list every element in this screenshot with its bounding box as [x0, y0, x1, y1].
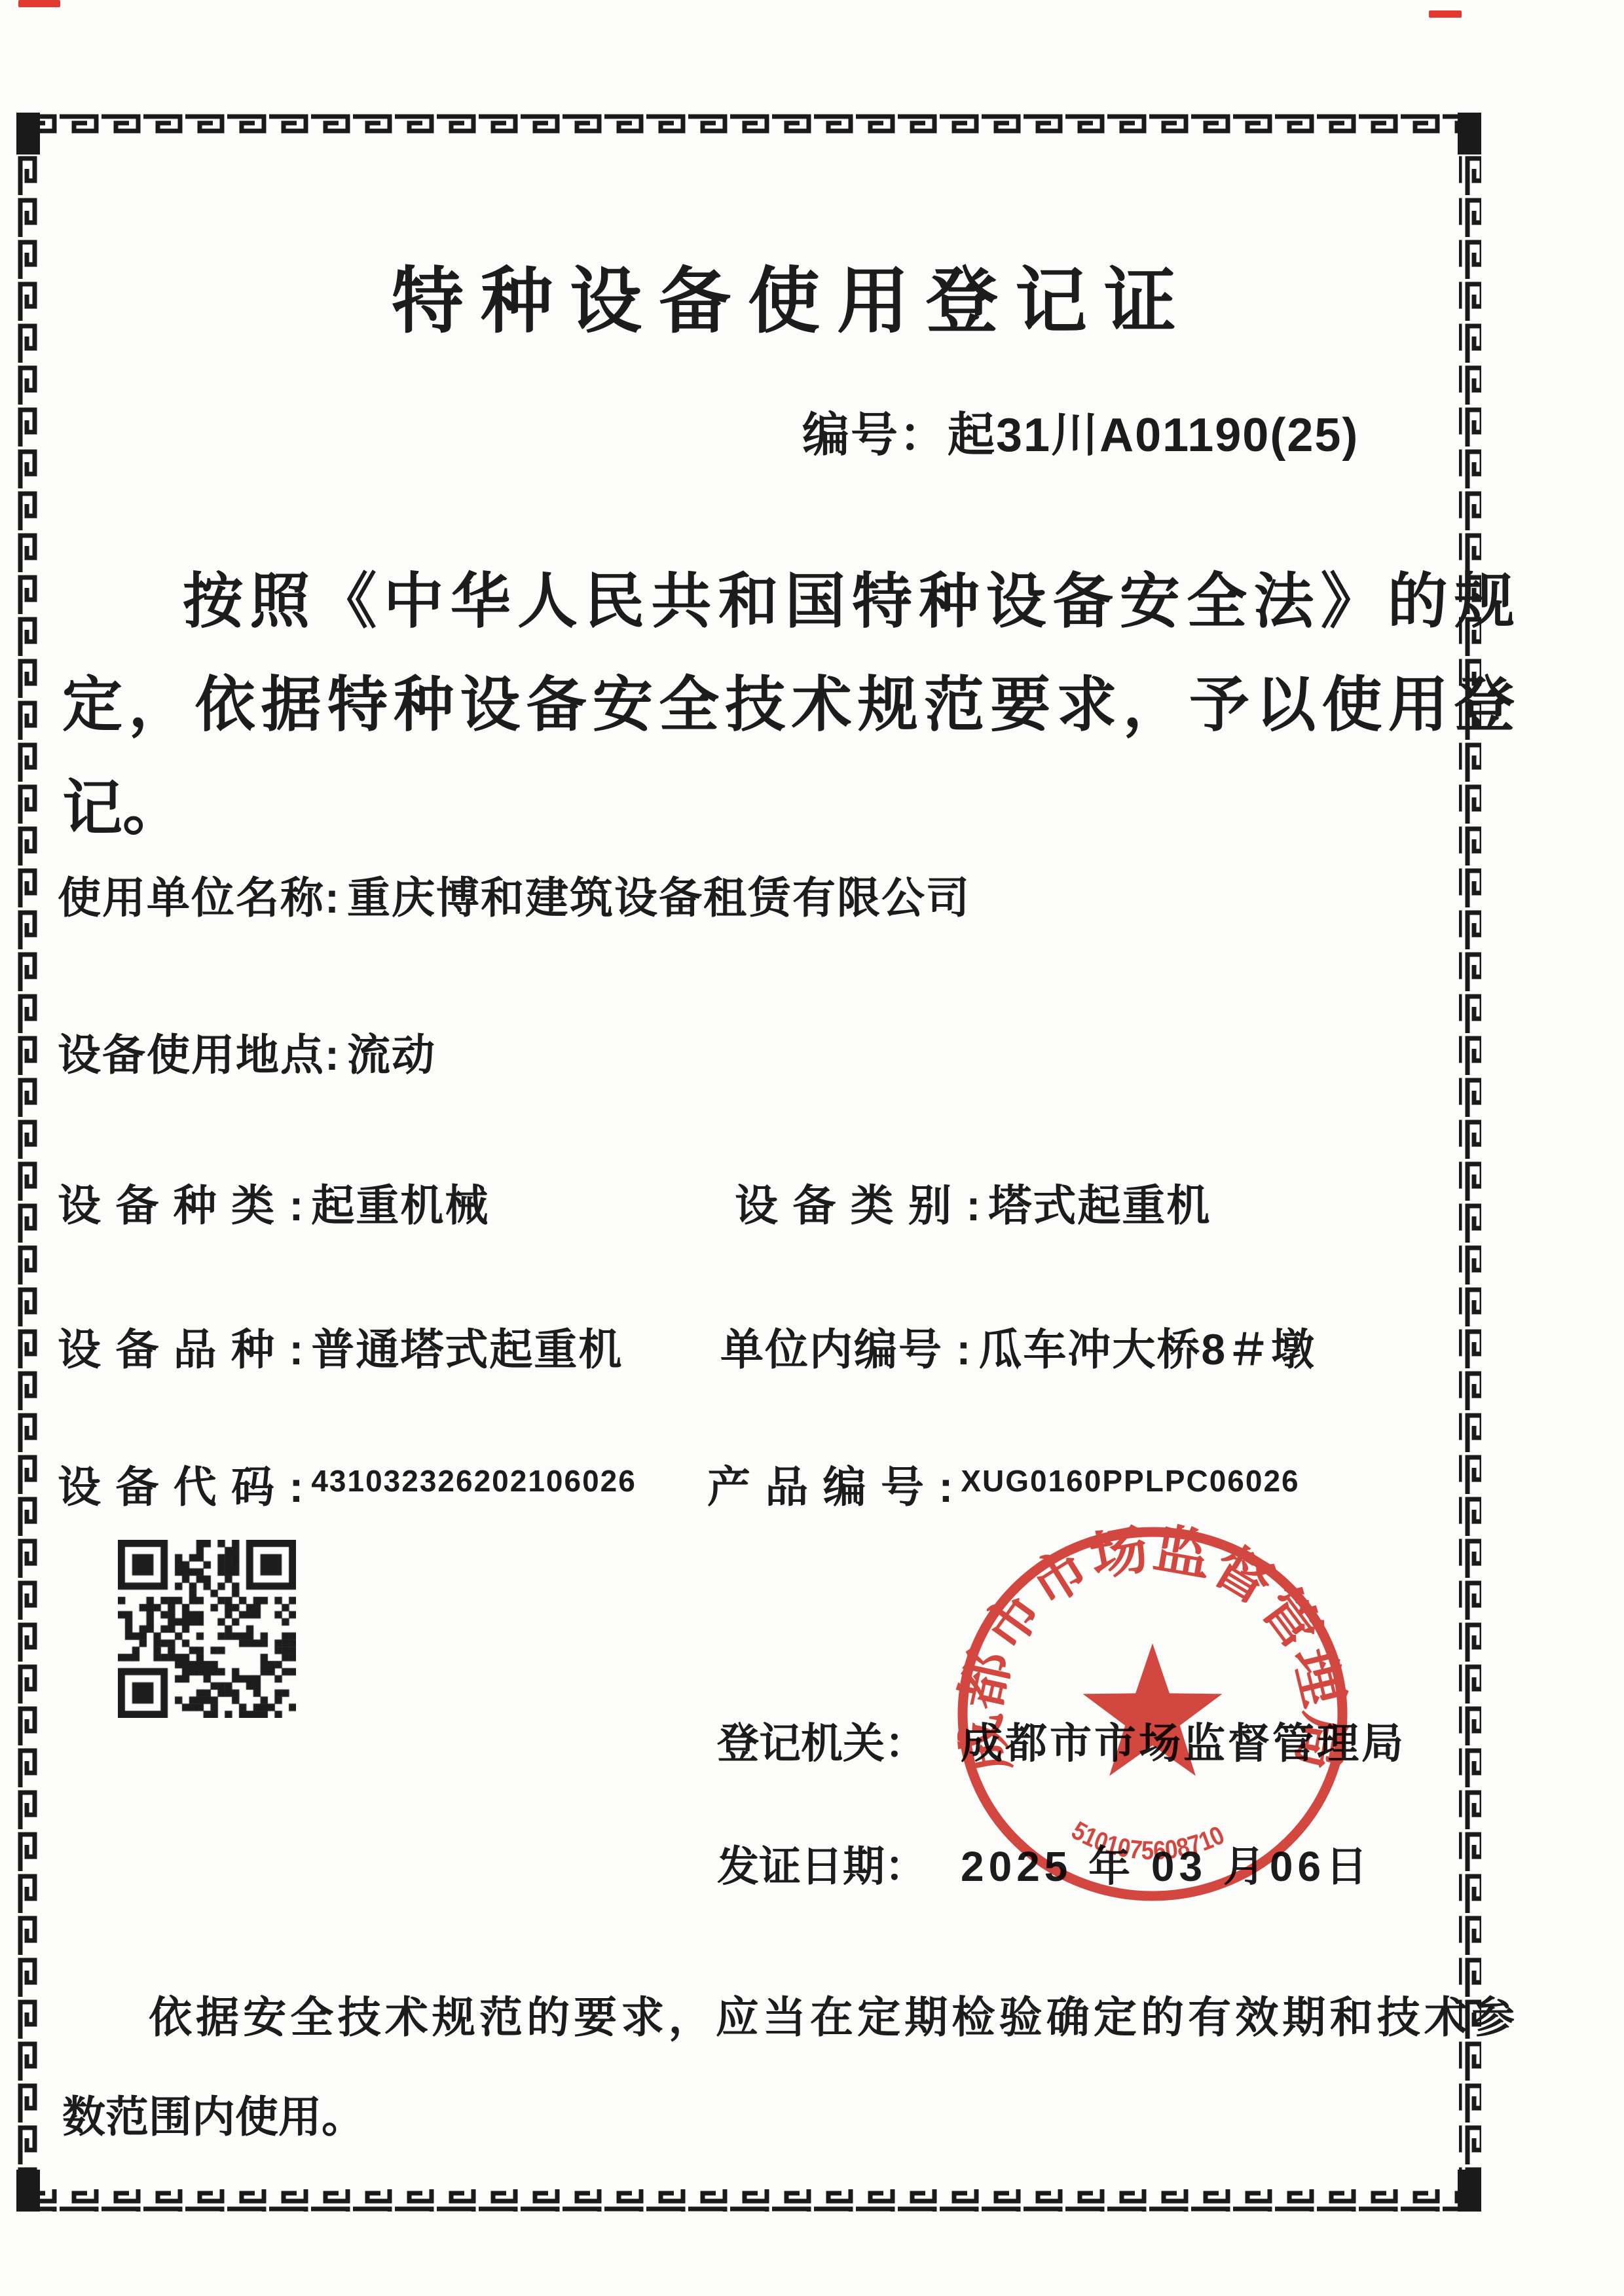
- qr-code: [118, 1540, 296, 1718]
- registration-authority-row: 登记机关：成都市市场监督管理局: [717, 1710, 1406, 1770]
- field-label: 设 备 类 别 :: [735, 1181, 982, 1230]
- scan-mark-top-left: [18, 0, 60, 7]
- field-internal-number: 单位内编号 :瓜车冲大桥8＃墩: [720, 1315, 1316, 1377]
- field-equipment-category: 设 备 类 别 :塔式起重机: [735, 1171, 1211, 1233]
- field-value: 塔式起重机: [988, 1181, 1211, 1230]
- field-use-place: 设备使用地点:流动: [58, 1020, 436, 1082]
- field-label: 设 备 品 种 :: [58, 1325, 304, 1374]
- certificate-number-value: 起31川A01190(25): [948, 409, 1359, 462]
- footer-note: 依据安全技术规范的要求，应当在定期检验确定的有效期和技术参 数范围内使用。: [62, 1967, 1515, 2166]
- field-value: 431032326202106026: [311, 1464, 637, 1498]
- intro-paragraph: 按照《中华人民共和国特种设备安全法》的规 定，依据特种设备安全技术规范要求，予以…: [62, 550, 1515, 860]
- issue-date-value: 2025 年 03 月06日: [961, 1843, 1372, 1890]
- issue-date-label: 发证日期：: [717, 1843, 927, 1890]
- field-label: 产 品 编 号 :: [707, 1463, 954, 1511]
- note-line: 数范围内使用。: [62, 2067, 1515, 2166]
- field-equipment-variety: 设 备 品 种 :普通塔式起重机: [58, 1315, 623, 1377]
- issue-date-row: 发证日期：2025 年 03 月06日: [717, 1833, 1372, 1893]
- field-value: XUG0160PPLPC06026: [961, 1464, 1299, 1498]
- intro-line: 记。: [62, 757, 1515, 860]
- scan-mark-top-right: [1429, 10, 1462, 18]
- field-value: 普通塔式起重机: [311, 1325, 623, 1374]
- note-line: 依据安全技术规范的要求，应当在定期检验确定的有效期和技术参: [62, 1967, 1515, 2067]
- field-unit-name: 使用单位名称:重庆博和建筑设备租赁有限公司: [58, 863, 970, 925]
- field-device-code: 设 备 代 码 :431032326202106026: [58, 1452, 637, 1514]
- field-label: 设 备 种 类 :: [58, 1181, 304, 1230]
- page-title: 特种设备使用登记证: [0, 244, 1624, 347]
- certificate-number-label: 编号：: [802, 409, 948, 462]
- field-value: 瓜车冲大桥8＃墩: [978, 1325, 1316, 1374]
- field-label: 使用单位名称:: [58, 873, 341, 922]
- field-product-number: 产 品 编 号 :XUG0160PPLPC06026: [707, 1452, 1300, 1514]
- field-label: 设 备 代 码 :: [58, 1463, 304, 1511]
- certificate-page: 特种设备使用登记证 编号：起31川A01190(25) 按照《中华人民共和国特种…: [0, 0, 1624, 2296]
- field-value: 起重机械: [311, 1181, 489, 1230]
- certificate-number-line: 编号：起31川A01190(25): [802, 397, 1359, 465]
- registration-authority-label: 登记机关：: [717, 1720, 927, 1767]
- field-label: 单位内编号 :: [720, 1325, 972, 1374]
- field-label: 设备使用地点:: [58, 1030, 341, 1079]
- field-equipment-kind: 设 备 种 类 :起重机械: [58, 1171, 489, 1233]
- field-value: 流动: [347, 1030, 436, 1079]
- intro-line: 按照《中华人民共和国特种设备安全法》的规: [62, 550, 1515, 653]
- intro-line: 定，依据特种设备安全技术规范要求，予以使用登: [62, 653, 1515, 757]
- field-value: 重庆博和建筑设备租赁有限公司: [347, 873, 970, 922]
- registration-authority-value: 成都市市场监督管理局: [961, 1720, 1406, 1767]
